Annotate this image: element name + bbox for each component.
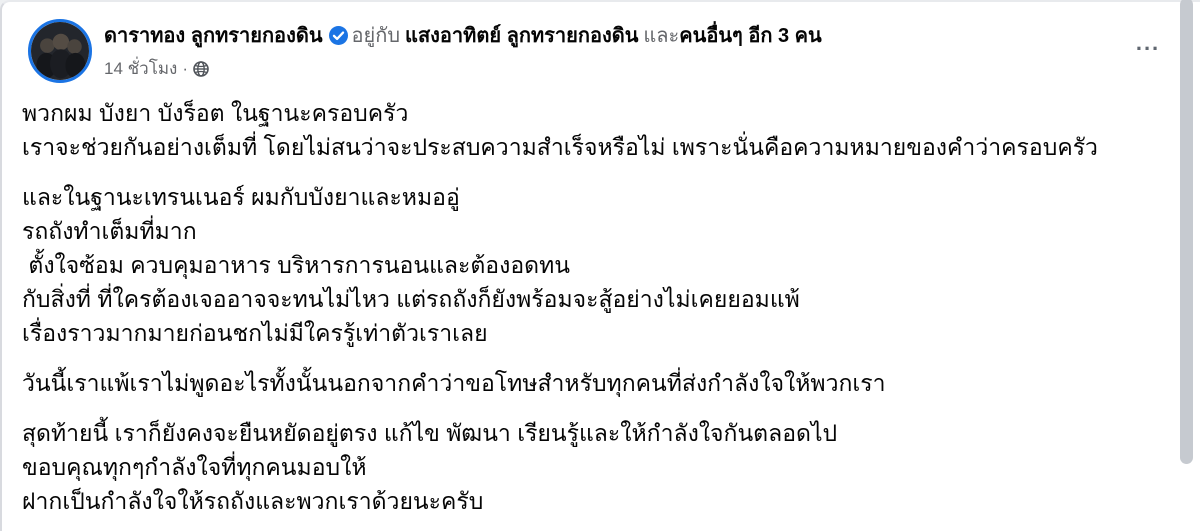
- meta-separator: ·: [182, 59, 188, 79]
- others-link[interactable]: คนอื่นๆ อีก 3 คน: [679, 25, 821, 47]
- post-text-line: พวกผม บังยา บังร็อต ในฐานะครอบครัว: [22, 96, 1167, 130]
- post-text-line: และในฐานะเทรนเนอร์ ผมกับบังยาและหมออู่: [22, 180, 1167, 214]
- post-text-line: วันนี้เราแพ้เราไม่พูดอะไรทั้งนั้นนอกจากค…: [22, 366, 1167, 400]
- post-text: พวกผม บังยา บังร็อต ในฐานะครอบครัวเราจะช…: [22, 96, 1167, 518]
- tagged-user[interactable]: แสงอาทิตย์ ลูกทรายกองดิน: [405, 25, 638, 47]
- post-text-line: ขอบคุณทุกๆกำลังใจที่ทุกคนมอบให้: [22, 450, 1167, 484]
- post-byline: ดาราทอง ลูกทรายกองดินอยู่กับแสงอาทิตย์ ล…: [104, 21, 1154, 51]
- and-label: และ: [643, 25, 679, 47]
- header-text: ดาราทอง ลูกทรายกองดินอยู่กับแสงอาทิตย์ ล…: [104, 21, 1154, 82]
- facebook-post-card: ดาราทอง ลูกทรายกองดินอยู่กับแสงอาทิตย์ ล…: [0, 0, 1200, 531]
- globe-icon: [193, 61, 209, 77]
- more-options-button[interactable]: ...: [1128, 27, 1168, 59]
- verified-badge-icon: [329, 24, 348, 43]
- post-paragraph: พวกผม บังยา บังร็อต ในฐานะครอบครัวเราจะช…: [22, 96, 1167, 164]
- post-text-line: ตั้งใจซ้อม ควบคุมอาหาร บริหารการนอนและต้…: [22, 248, 1167, 282]
- post-text-line: เรื่องราวมากมายก่อนชกไม่มีใครรู้เท่าตัวเ…: [22, 316, 1167, 350]
- scrollbar-thumb[interactable]: [1180, 0, 1193, 464]
- with-label: อยู่กับ: [352, 25, 401, 47]
- post-text-line: ฝากเป็นกำลังใจให้รถถังและพวกเราด้วยนะครั…: [22, 484, 1167, 518]
- avatar[interactable]: [28, 19, 92, 83]
- post-meta: 14 ชั่วโมง ·: [104, 55, 1154, 82]
- post-paragraph: และในฐานะเทรนเนอร์ ผมกับบังยาและหมออู่รถ…: [22, 180, 1167, 350]
- avatar-photo: [31, 22, 89, 80]
- post-text-line: สุดท้ายนี้ เราก็ยังคงจะยืนหยัดอยู่ตรง แก…: [22, 416, 1167, 450]
- post-paragraph: วันนี้เราแพ้เราไม่พูดอะไรทั้งนั้นนอกจากค…: [22, 366, 1167, 400]
- more-options-icon: ...: [1136, 38, 1160, 48]
- post-text-line: เราจะช่วยกันอย่างเต็มที่ โดยไม่สนว่าจะปร…: [22, 130, 1167, 164]
- post-paragraph: สุดท้ายนี้ เราก็ยังคงจะยืนหยัดอยู่ตรง แก…: [22, 416, 1167, 518]
- author-name[interactable]: ดาราทอง ลูกทรายกองดิน: [104, 25, 323, 47]
- scrollbar-track[interactable]: [1180, 2, 1200, 531]
- post-text-line: รถถังทำเต็มที่มาก: [22, 214, 1167, 248]
- timestamp[interactable]: 14 ชั่วโมง: [104, 55, 177, 82]
- post-text-line: กับสิ่งที่ ที่ใครต้องเจออาจจะทนไม่ไหว แต…: [22, 282, 1167, 316]
